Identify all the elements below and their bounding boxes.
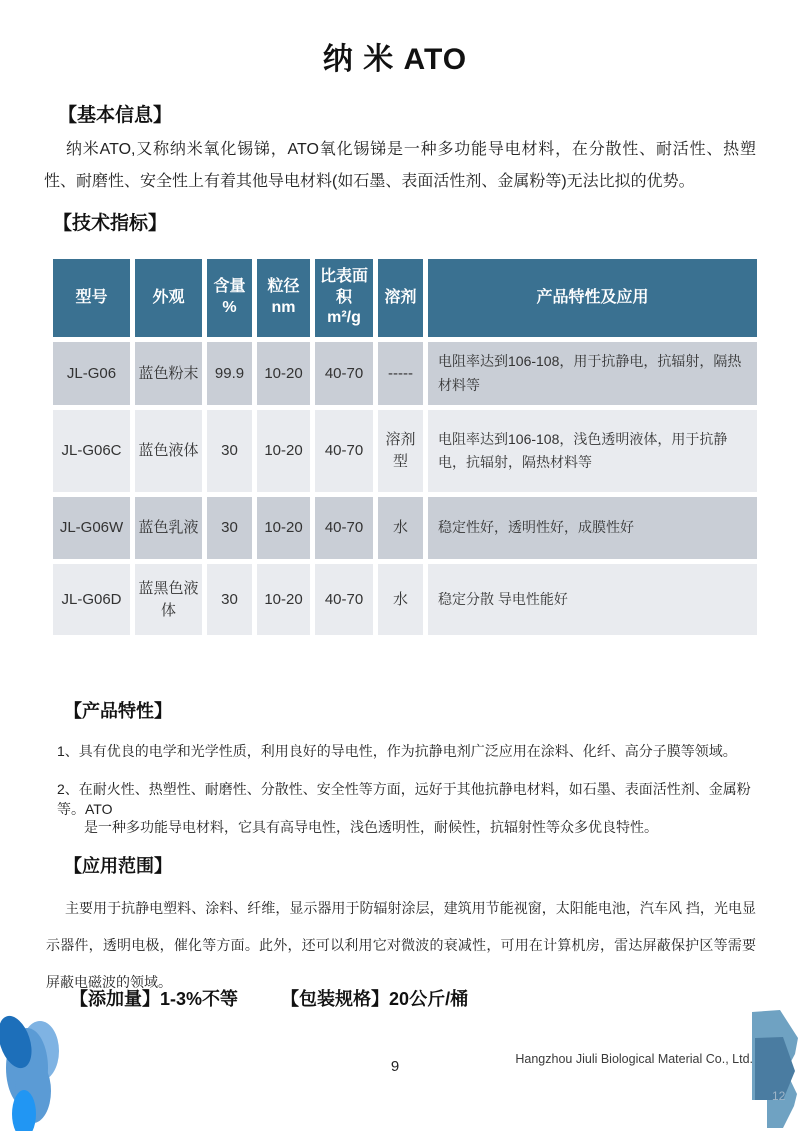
table-cell-particle-size: 10-20 — [257, 497, 310, 559]
table-header-model: 型号 — [53, 259, 130, 337]
table-cell-features: 稳定性好，透明性好，成膜性好 — [428, 497, 757, 559]
table-header-solvent: 溶剂 — [378, 259, 423, 337]
feature-item-2: 2、在耐火性、热塑性、耐磨性、分散性、安全性等方面，远好于其他抗静电材料，如石墨… — [57, 779, 757, 819]
table-cell-appearance: 蓝色液体 — [135, 410, 202, 492]
table-cell-model: JL-G06 — [53, 342, 130, 405]
section-heading-basic-info: 【基本信息】 — [58, 100, 172, 127]
table-cell-model: JL-G06W — [53, 497, 130, 559]
table-cell-content: 99.9 — [207, 342, 252, 405]
document-page: 纳 米 ATO 【基本信息】 纳米ATO,又称纳米氧化锡锑，ATO氧化锡锑是一种… — [0, 0, 800, 1131]
table-cell-appearance: 蓝色乳液 — [135, 497, 202, 559]
company-name: Hangzhou Jiuli Biological Material Co., … — [515, 1052, 753, 1066]
table-cell-solvent: 水 — [378, 497, 423, 559]
table-header-surface-area: 比表面积 m²/g — [315, 259, 373, 337]
table-cell-surface-area: 40-70 — [315, 497, 373, 559]
table-cell-appearance: 蓝色粉末 — [135, 342, 202, 405]
dosage-packing-line: 【添加量】1-3%不等 【包装规格】20公斤/桶 — [70, 985, 468, 1011]
feature-item-1: 1、具有优良的电学和光学性质，利用良好的导电性，作为抗静电剂广泛应用在涂料、化纤… — [57, 741, 757, 761]
table-cell-particle-size: 10-20 — [257, 410, 310, 492]
table-cell-model: JL-G06D — [53, 564, 130, 635]
table-cell-appearance: 蓝黑色液体 — [135, 564, 202, 635]
table-header-features: 产品特性及应用 — [428, 259, 757, 337]
table-cell-surface-area: 40-70 — [315, 564, 373, 635]
table-cell-content: 30 — [207, 564, 252, 635]
table-cell-features: 稳定分散 导电性能好 — [428, 564, 757, 635]
dosage-amount: 【添加量】1-3%不等 — [70, 989, 238, 1009]
table-cell-particle-size: 10-20 — [257, 564, 310, 635]
packing-spec: 【包装规格】20公斤/桶 — [281, 989, 468, 1009]
basic-info-text: 纳米ATO,又称纳米氧化锡锑，ATO氧化锡锑是一种多功能导电材料，在分散性、耐活… — [44, 134, 756, 198]
page-title: 纳 米 ATO — [0, 34, 790, 78]
spec-table: 型号 外观 含量 % 粒径 nm 比表面积 m²/g 溶剂 产品特性及应用 JL… — [53, 259, 757, 635]
table-cell-surface-area: 40-70 — [315, 410, 373, 492]
section-heading-features: 【产品特性】 — [64, 697, 172, 723]
table-cell-solvent: 水 — [378, 564, 423, 635]
table-header-appearance: 外观 — [135, 259, 202, 337]
table-cell-surface-area: 40-70 — [315, 342, 373, 405]
table-header-content: 含量 % — [207, 259, 252, 337]
table-cell-solvent: 溶剂型 — [378, 410, 423, 492]
table-header-particle-size: 粒径 nm — [257, 259, 310, 337]
table-cell-model: JL-G06C — [53, 410, 130, 492]
table-cell-content: 30 — [207, 497, 252, 559]
section-heading-tech-specs: 【技术指标】 — [53, 208, 167, 235]
table-cell-features: 电阻率达到106-108，浅色透明液体，用于抗静电，抗辐射，隔热材料等 — [428, 410, 757, 492]
table-cell-features: 电阻率达到106-108，用于抗静电，抗辐射，隔热材料等 — [428, 342, 757, 405]
table-cell-content: 30 — [207, 410, 252, 492]
corner-number: 12 — [772, 1089, 786, 1103]
feature-item-2-continued: 是一种多功能导电材料，它具有高导电性，浅色透明性，耐候性，抗辐射性等众多优良特性… — [84, 817, 784, 837]
table-cell-solvent: ----- — [378, 342, 423, 405]
section-heading-application: 【应用范围】 — [64, 852, 172, 878]
table-cell-particle-size: 10-20 — [257, 342, 310, 405]
